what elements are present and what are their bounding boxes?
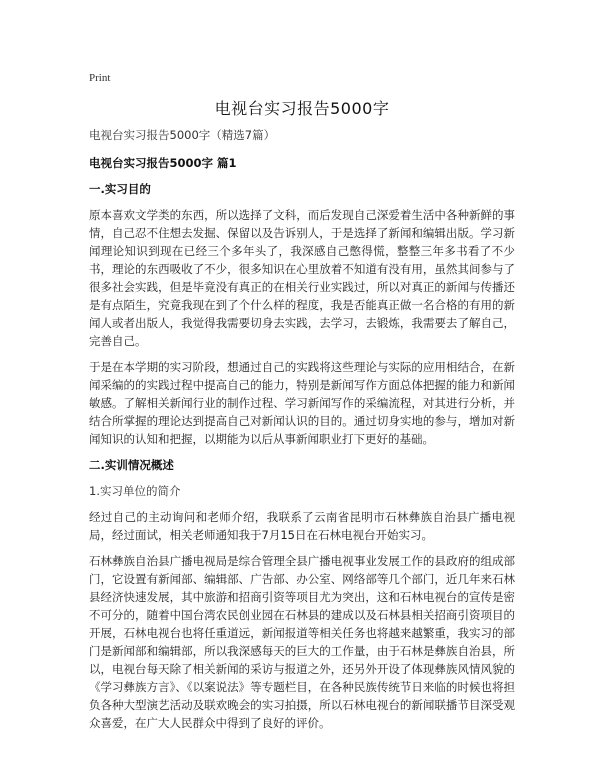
document-subtitle: 电视台实习报告5000字（精选7篇）: [89, 126, 515, 144]
section-heading-overview: 二.实训情况概述: [89, 456, 515, 474]
article-heading: 电视台实习报告5000字 篇1: [89, 154, 515, 172]
document-page: Print 电视台实习报告5000字 电视台实习报告5000字（精选7篇） 电视…: [89, 70, 515, 740]
document-title: 电视台实习报告5000字: [89, 98, 515, 120]
section-heading-purpose: 一.实习目的: [89, 180, 515, 198]
paragraph: 于是在本学期的实习阶段，想通过自己的实践将这些理论与实际的应用相结合，在新闻采编…: [89, 358, 515, 448]
paragraph: 石林彝族自治县广播电视局是综合管理全县广播电视事业发展工作的县政府的组成部门，它…: [89, 552, 515, 732]
sub-heading-unit-intro: 1.实习单位的简介: [89, 482, 515, 500]
print-link[interactable]: Print: [89, 70, 515, 86]
paragraph: 经过自己的主动询问和老师介绍，我联系了云南省昆明市石林彝族自治县广播电视局，经过…: [89, 508, 515, 544]
paragraph: 原本喜欢文学类的东西，所以选择了文科，而后发现自己深爱着生活中各种新鲜的事情，自…: [89, 206, 515, 350]
